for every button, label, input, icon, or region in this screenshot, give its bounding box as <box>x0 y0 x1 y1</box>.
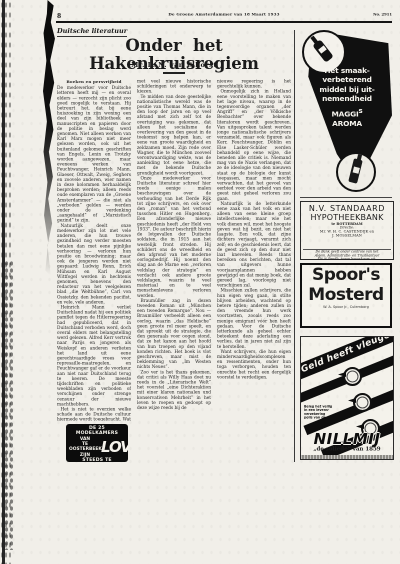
bottle-glyph <box>312 39 333 62</box>
ad-nillmij: Geld heeft vleugels Beleg het veiligin e… <box>300 336 394 460</box>
issue-number: No. 2911 <box>352 12 392 21</box>
paragraph: Natuurlijk is de letterkunde eene zaak v… <box>217 201 291 288</box>
header-rule <box>56 21 392 23</box>
paragraph: nieuwe regeering is het gerechtelijk kun… <box>217 79 291 89</box>
nillmij-tagline: „de soliede” van 1859 <box>303 446 391 452</box>
byline-rule <box>163 72 185 74</box>
paragraph: polis van de <box>304 416 344 420</box>
bottle-glyph <box>348 158 363 183</box>
lov-lines: VAN TE OOSTERBEEK ZIJN <box>69 437 101 458</box>
spoors-word1: Spoor's <box>302 266 390 285</box>
bank-name-line2: HYPOTHEEKBANK <box>301 213 393 222</box>
paragraph: Want schrijvers, die hun eigen minderwaa… <box>217 349 291 380</box>
paragraph: Natuurlijk deelt onze medewerker zijn lo… <box>57 223 131 305</box>
maggi-brand: MAGGIs <box>306 107 388 119</box>
lov-logo: LOV <box>101 440 128 455</box>
scan-edge-speckle-lower <box>4 260 13 550</box>
paragraph: Braumüller zag in dezen tweeden Roman ui… <box>137 298 211 369</box>
paragraph: Misschien zullen schrijvers, die hun eig… <box>217 288 291 349</box>
maggi-bottle-photo-icon <box>336 152 376 192</box>
lov-line5: STEEDS TE BEZICHTIGEN <box>69 458 125 462</box>
paragraph: De medewerker voor Duitsche letteren hee… <box>57 86 131 224</box>
article-column-2: met veel nieuwe historische schilderinge… <box>137 79 211 465</box>
bank-director-2: J. MOSSELMAN <box>301 234 393 238</box>
paragraph: 4½ % Pandb. tegen beurskoers uit. <box>303 258 391 260</box>
article-column-3: nieuwe regeering is het gerechtelijk kun… <box>217 79 291 451</box>
paragraph: Onmogelijk zich in Holland eene voorstel… <box>217 89 291 201</box>
ad-maggi-aroma: Het smaak- verbeterend middel bij uit- n… <box>300 28 392 196</box>
bank-name-line1: N.V. STANDAARD <box>301 204 393 213</box>
bank-note: De Bank geeft onder controle van hetAlge… <box>303 249 391 260</box>
paragraph: Onze medewerker voor Duitsche literatuur… <box>137 176 211 298</box>
paragraph: Zoo ver is het thans gekomen, dat critic… <box>137 370 211 411</box>
column-divider-rule <box>294 30 295 462</box>
ad-spoors-mosterd: Spoor's Mosterd W. A. Spoor Jr., Culembo… <box>300 263 392 328</box>
paragraph: met veel nieuwe historische schilderinge… <box>137 79 211 94</box>
article-byline: Mr. L. N. van Elhorst <box>57 61 291 69</box>
paragraph: Boeken en persvrijheid <box>57 79 131 84</box>
maggi-product: AROMA <box>306 119 388 128</box>
ad-separator-rule <box>300 197 392 198</box>
nillmij-footer-strip <box>301 455 393 459</box>
newspaper-page-scan: 8 De Groene Amsterdammer van 18 Maart 19… <box>0 0 400 564</box>
article-column-1: Boeken en persvrijheidDe medewerker voor… <box>57 79 131 421</box>
ad-standaard-hypotheekbank: N.V. STANDAARD HYPOTHEEKBANK te ROTTERDA… <box>300 201 394 260</box>
spoors-sub: W. A. Spoor Jr., Culemborg <box>302 305 390 309</box>
maggi-slogan: Het smaak- verbeterend middel bij uit- n… <box>306 66 388 128</box>
article-kicker: Duitsche literatuur <box>57 27 127 37</box>
paragraph: Het is niet te overzien welke schade aan… <box>57 407 131 421</box>
masthead: De Groene Amsterdammer van 18 Maart 1933 <box>56 12 392 21</box>
winged-coin-icon <box>343 367 362 386</box>
scan-ink-streak <box>43 0 56 276</box>
paragraph: Heinrich Mann verliet Duitschland nadat … <box>57 305 131 407</box>
lov-line1: DE 25 MODELKAMERS <box>69 426 125 437</box>
ad-lov-modelkamers: DE 25 MODELKAMERS VAN TE OOSTERBEEK ZIJN… <box>66 424 128 462</box>
spoors-word2: Mosterd <box>302 286 390 305</box>
winged-coin-icon <box>353 393 372 412</box>
paragraph: Te midden van deze geestelijke nationali… <box>137 94 211 176</box>
nillmij-brand: NILLMIJ <box>303 431 391 447</box>
